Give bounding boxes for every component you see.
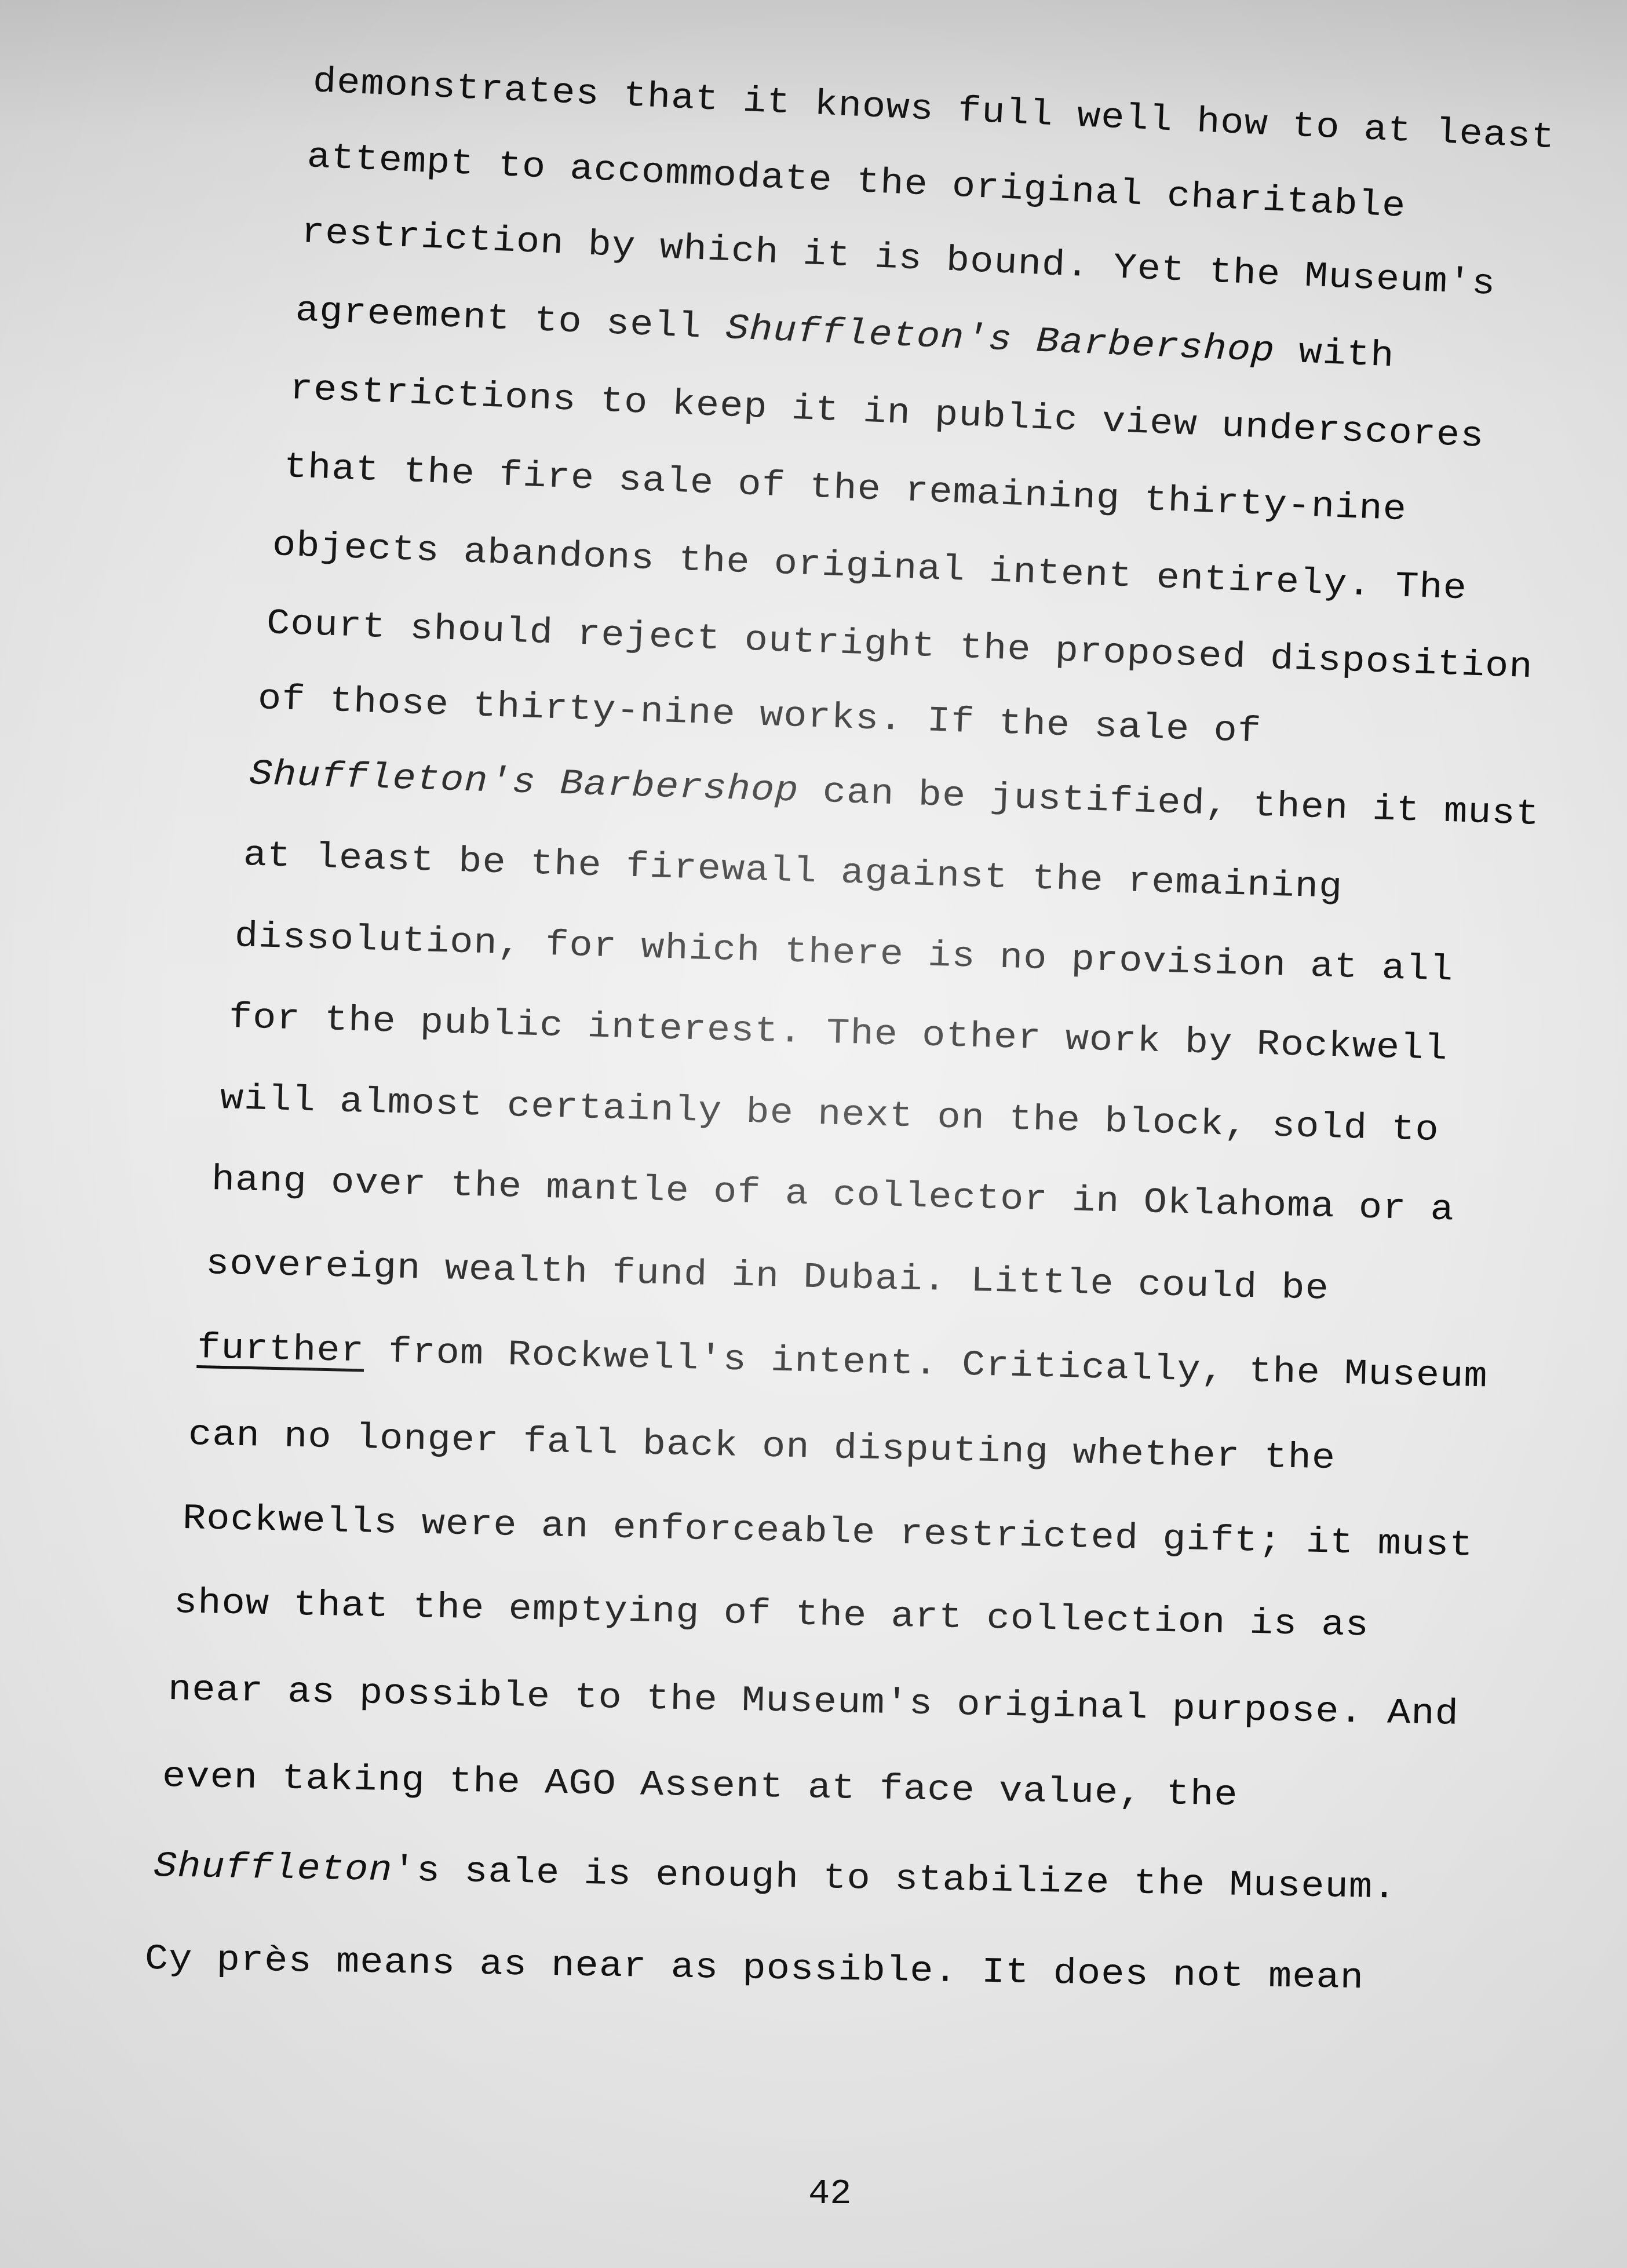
text-line: further from Rockwell's intent. Critical… — [196, 1327, 1488, 1398]
text-run: sovereign wealth fund in Dubai. Little c… — [205, 1243, 1329, 1310]
text-run: dissolution, for which there is no provi… — [234, 916, 1454, 991]
text-run: hang over the mantle of a collector in O… — [211, 1159, 1455, 1230]
text-run: show that the emptying of the art collec… — [173, 1582, 1369, 1646]
text-run: at least be the firewall against the rem… — [243, 834, 1343, 908]
text-line: objects abandons the original intent ent… — [272, 524, 1468, 610]
text-run: objects abandons the original intent ent… — [272, 524, 1468, 610]
text-line: sovereign wealth fund in Dubai. Little c… — [205, 1243, 1329, 1310]
text-run: restriction by which it is bound. Yet th… — [300, 212, 1496, 305]
text-line: near as possible to the Museum's origina… — [167, 1669, 1459, 1735]
text-line: demonstrates that it knows full well how… — [312, 61, 1556, 158]
text-run: Rockwells were an enforceable restricted… — [182, 1498, 1473, 1566]
text-run: 's sale is enough to stabilize the Museu… — [392, 1850, 1397, 1908]
text-line: hang over the mantle of a collector in O… — [211, 1159, 1455, 1230]
text-run: will almost certainly be next on the blo… — [220, 1078, 1440, 1151]
text-line: can no longer fall back on disputing whe… — [188, 1414, 1336, 1479]
text-line: at least be the firewall against the rem… — [243, 834, 1343, 908]
text-line: dissolution, for which there is no provi… — [234, 916, 1454, 991]
text-run: attempt to accommodate the original char… — [306, 136, 1406, 227]
text-run: Court should reject outright the propose… — [266, 603, 1534, 688]
text-line: for the public interest. The other work … — [228, 997, 1449, 1070]
italic-title: Shuffleton's Barbershop — [725, 308, 1276, 372]
text-line: even taking the AGO Assent at face value… — [162, 1756, 1238, 1815]
text-run: of those thirty-nine works. If the sale … — [257, 678, 1262, 752]
text-run: near as possible to the Museum's origina… — [167, 1669, 1459, 1735]
page-number: 42 — [808, 2173, 851, 2214]
text-run: that the fire sale of the remaining thir… — [283, 446, 1408, 530]
text-run: can be justified, then it must — [798, 771, 1540, 835]
text-line: restrictions to keep it in public view u… — [289, 368, 1485, 457]
text-run: agreement to sell — [295, 290, 727, 349]
text-line: Shuffleton's sale is enough to stabilize… — [153, 1846, 1397, 1908]
text-line: Cy près means as near as possible. It do… — [144, 1938, 1364, 1999]
italic-title: Shuffleton's Barbershop — [249, 753, 800, 812]
text-line: attempt to accommodate the original char… — [306, 136, 1406, 227]
text-run: restrictions to keep it in public view u… — [289, 368, 1485, 457]
text-line: show that the emptying of the art collec… — [173, 1582, 1369, 1646]
text-run: Cy près means as near as possible. It do… — [144, 1938, 1364, 1999]
text-line: restriction by which it is bound. Yet th… — [300, 212, 1496, 305]
text-run: even taking the AGO Assent at face value… — [162, 1756, 1238, 1815]
italic-title: Shuffleton — [153, 1846, 393, 1891]
text-line: agreement to sell Shuffleton's Barbersho… — [295, 290, 1395, 377]
underlined-emphasis: further — [196, 1327, 364, 1372]
text-run: for the public interest. The other work … — [228, 997, 1449, 1070]
text-line: of those thirty-nine works. If the sale … — [257, 678, 1262, 752]
text-line: will almost certainly be next on the blo… — [220, 1078, 1440, 1151]
text-line: Court should reject outright the propose… — [266, 603, 1534, 688]
text-run: with — [1274, 331, 1395, 377]
text-line: Shuffleton's Barbershop can be justified… — [249, 753, 1540, 835]
text-run: can no longer fall back on disputing whe… — [188, 1414, 1336, 1479]
text-line: that the fire sale of the remaining thir… — [283, 446, 1408, 530]
text-line: Rockwells were an enforceable restricted… — [182, 1498, 1473, 1566]
text-run: from Rockwell's intent. Critically, the … — [364, 1331, 1488, 1398]
document-page: demonstrates that it knows full well how… — [0, 0, 1627, 2268]
text-run: demonstrates that it knows full well how… — [312, 61, 1556, 158]
